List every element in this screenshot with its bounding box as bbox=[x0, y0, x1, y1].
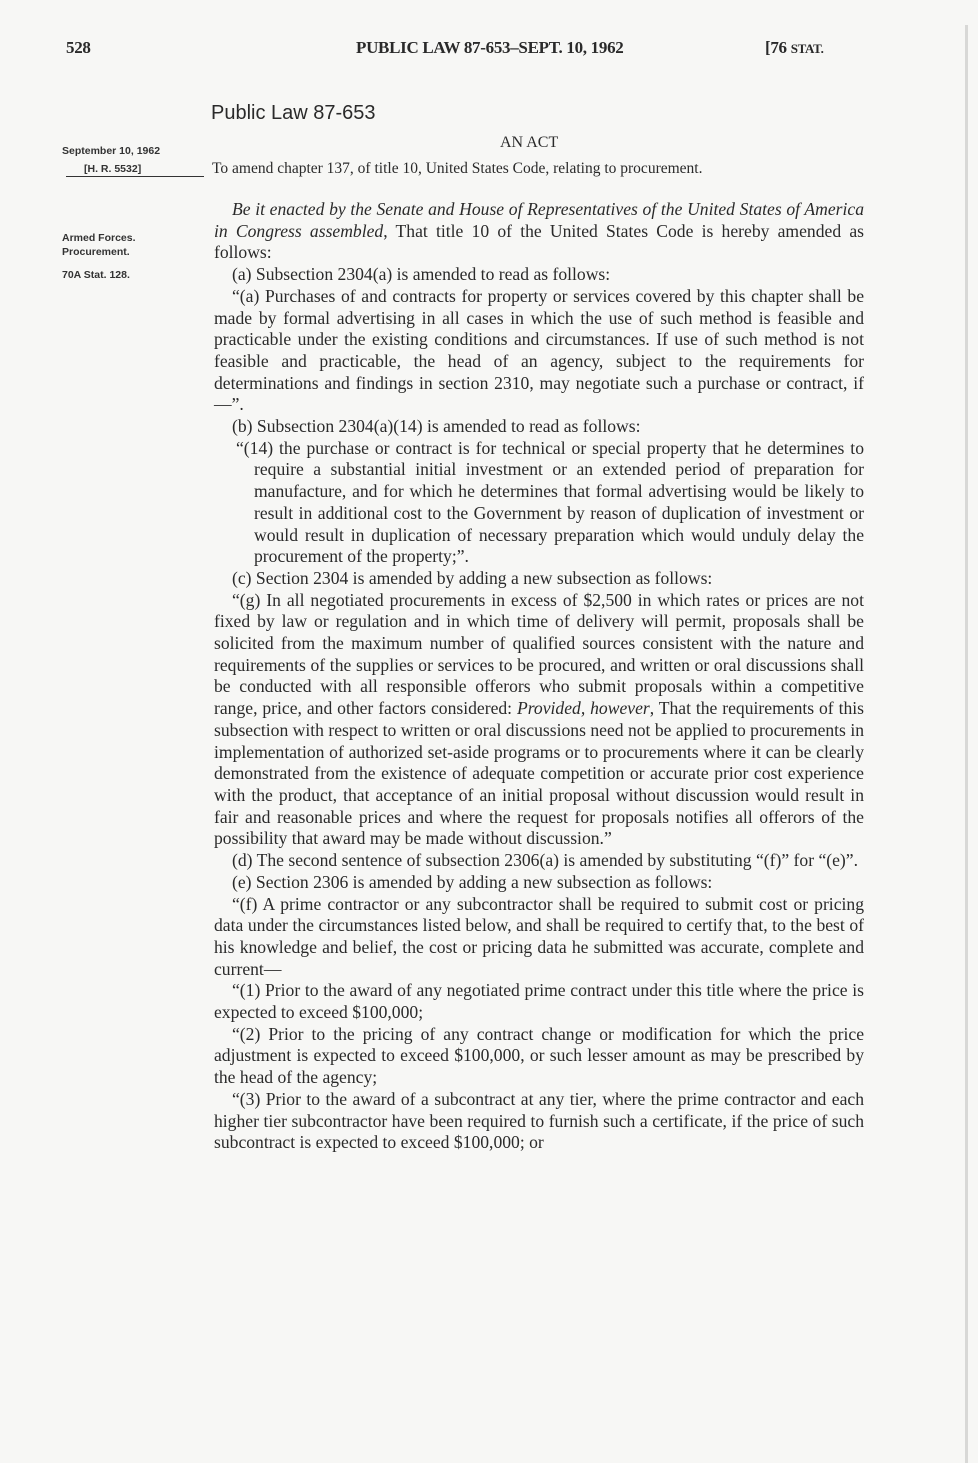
margin-subject-1: Armed Forces. bbox=[62, 231, 136, 245]
margin-citation: 70A Stat. 128. bbox=[62, 268, 130, 282]
volume-reference: [76 STAT. bbox=[765, 38, 824, 58]
section-a-intro: (a) Subsection 2304(a) is amended to rea… bbox=[214, 264, 864, 286]
page-number: 528 bbox=[66, 38, 91, 58]
section-f3: “(3) Prior to the award of a subcontract… bbox=[214, 1089, 864, 1154]
enacting-clause: Be it enacted by the Senate and House of… bbox=[214, 199, 864, 264]
section-b-text: “(14) the purchase or contract is for te… bbox=[214, 438, 864, 568]
page-edge bbox=[965, 25, 968, 1463]
section-a-text: “(a) Purchases of and contracts for prop… bbox=[214, 286, 864, 416]
running-title: PUBLIC LAW 87-653–SEPT. 10, 1962 bbox=[356, 38, 623, 58]
margin-bill-number: [H. R. 5532] bbox=[66, 162, 204, 177]
section-c-text: “(g) In all negotiated procurements in e… bbox=[214, 590, 864, 850]
act-caption: To amend chapter 137, of title 10, Unite… bbox=[212, 160, 702, 178]
section-c-intro: (c) Section 2304 is amended by adding a … bbox=[214, 568, 864, 590]
margin-subject-2: Procurement. bbox=[62, 245, 136, 259]
volume-stat: STAT. bbox=[791, 41, 824, 56]
margin-date: September 10, 1962 bbox=[62, 144, 160, 158]
section-b-intro: (b) Subsection 2304(a)(14) is amended to… bbox=[214, 416, 864, 438]
proviso-italic: Provided, however bbox=[517, 698, 650, 718]
section-f-text: “(f) A prime contractor or any subcontra… bbox=[214, 894, 864, 981]
section-f2: “(2) Prior to the pricing of any contrac… bbox=[214, 1024, 864, 1089]
running-header: 528 PUBLIC LAW 87-653–SEPT. 10, 1962 [76… bbox=[0, 38, 978, 68]
volume-number: [76 bbox=[765, 38, 791, 57]
act-label: AN ACT bbox=[500, 134, 558, 152]
law-title: Public Law 87-653 bbox=[211, 102, 376, 125]
margin-subject: Armed Forces. Procurement. bbox=[62, 231, 136, 259]
section-f1: “(1) Prior to the award of any negotiate… bbox=[214, 980, 864, 1023]
section-e-intro: (e) Section 2306 is amended by adding a … bbox=[214, 872, 864, 894]
section-c-text-2: , That the requirements of this subsecti… bbox=[214, 698, 864, 848]
section-d-text: (d) The second sentence of subsection 23… bbox=[214, 850, 864, 872]
body-text: Be it enacted by the Senate and House of… bbox=[214, 199, 864, 1154]
